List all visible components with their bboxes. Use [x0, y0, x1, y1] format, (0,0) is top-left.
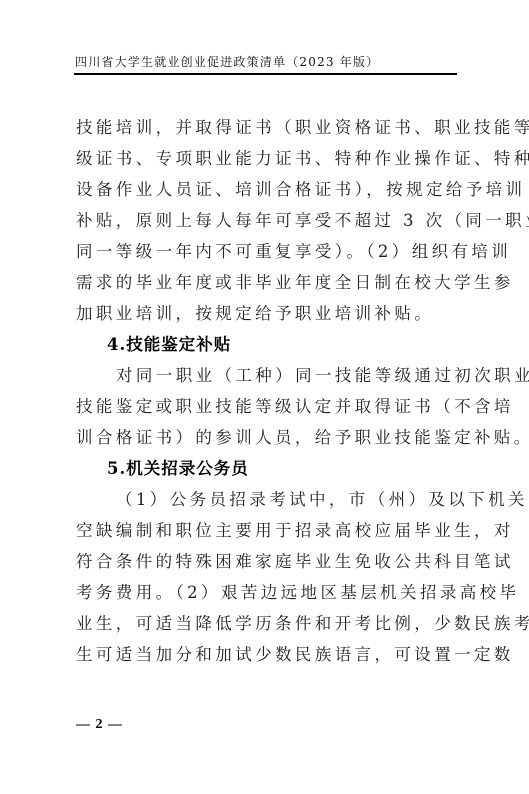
paragraph-line: 生可适当加分和加试少数民族语言，可设置一定数	[76, 639, 458, 670]
paragraph-line: 训合格证书）的参训人员，给予职业技能鉴定补贴。	[76, 422, 458, 453]
header-divider	[74, 73, 457, 75]
paragraph-line: 同一等级一年内不可重复享受）。（2）组织有培训	[76, 236, 458, 267]
paragraph-line: 技能培训，并取得证书（职业资格证书、职业技能等	[76, 112, 458, 143]
paragraph-line: 业生，可适当降低学历条件和开考比例，少数民族考	[76, 608, 458, 639]
paragraph-line: 级证书、专项职业能力证书、特种作业操作证、特种	[76, 143, 458, 174]
document-body: 技能培训，并取得证书（职业资格证书、职业技能等 级证书、专项职业能力证书、特种作…	[76, 112, 458, 670]
paragraph-line: 考务费用。（2）艰苦边远地区基层机关招录高校毕	[76, 577, 458, 608]
section-heading-civil-servant-recruitment: 5.机关招录公务员	[76, 453, 458, 484]
paragraph-line: 空缺编制和职位主要用于招录高校应届毕业生，对	[76, 515, 458, 546]
paragraph-line: 符合条件的特殊困难家庭毕业生免收公共科目笔试	[76, 546, 458, 577]
paragraph-line: 需求的毕业年度或非毕业年度全日制在校大学生参	[76, 267, 458, 298]
paragraph-line: （1）公务员招录考试中，市（州）及以下机关	[76, 484, 458, 515]
paragraph-line: 对同一职业（工种）同一技能等级通过初次职业	[76, 360, 458, 391]
document-header-title: 四川省大学生就业创业促进政策清单（2023 年版）	[75, 54, 457, 70]
paragraph-line: 设备作业人员证、培训合格证书），按规定给予培训	[76, 174, 458, 205]
paragraph-line: 技能鉴定或职业技能等级认定并取得证书（不含培	[76, 391, 458, 422]
page-number: — 2 —	[76, 715, 123, 735]
paragraph-line: 加职业培训，按规定给予职业培训补贴。	[76, 298, 458, 329]
paragraph-line: 补贴，原则上每人每年可享受不超过 3 次（同一职业	[76, 205, 458, 236]
section-heading-skill-appraisal-subsidy: 4.技能鉴定补贴	[76, 329, 458, 360]
